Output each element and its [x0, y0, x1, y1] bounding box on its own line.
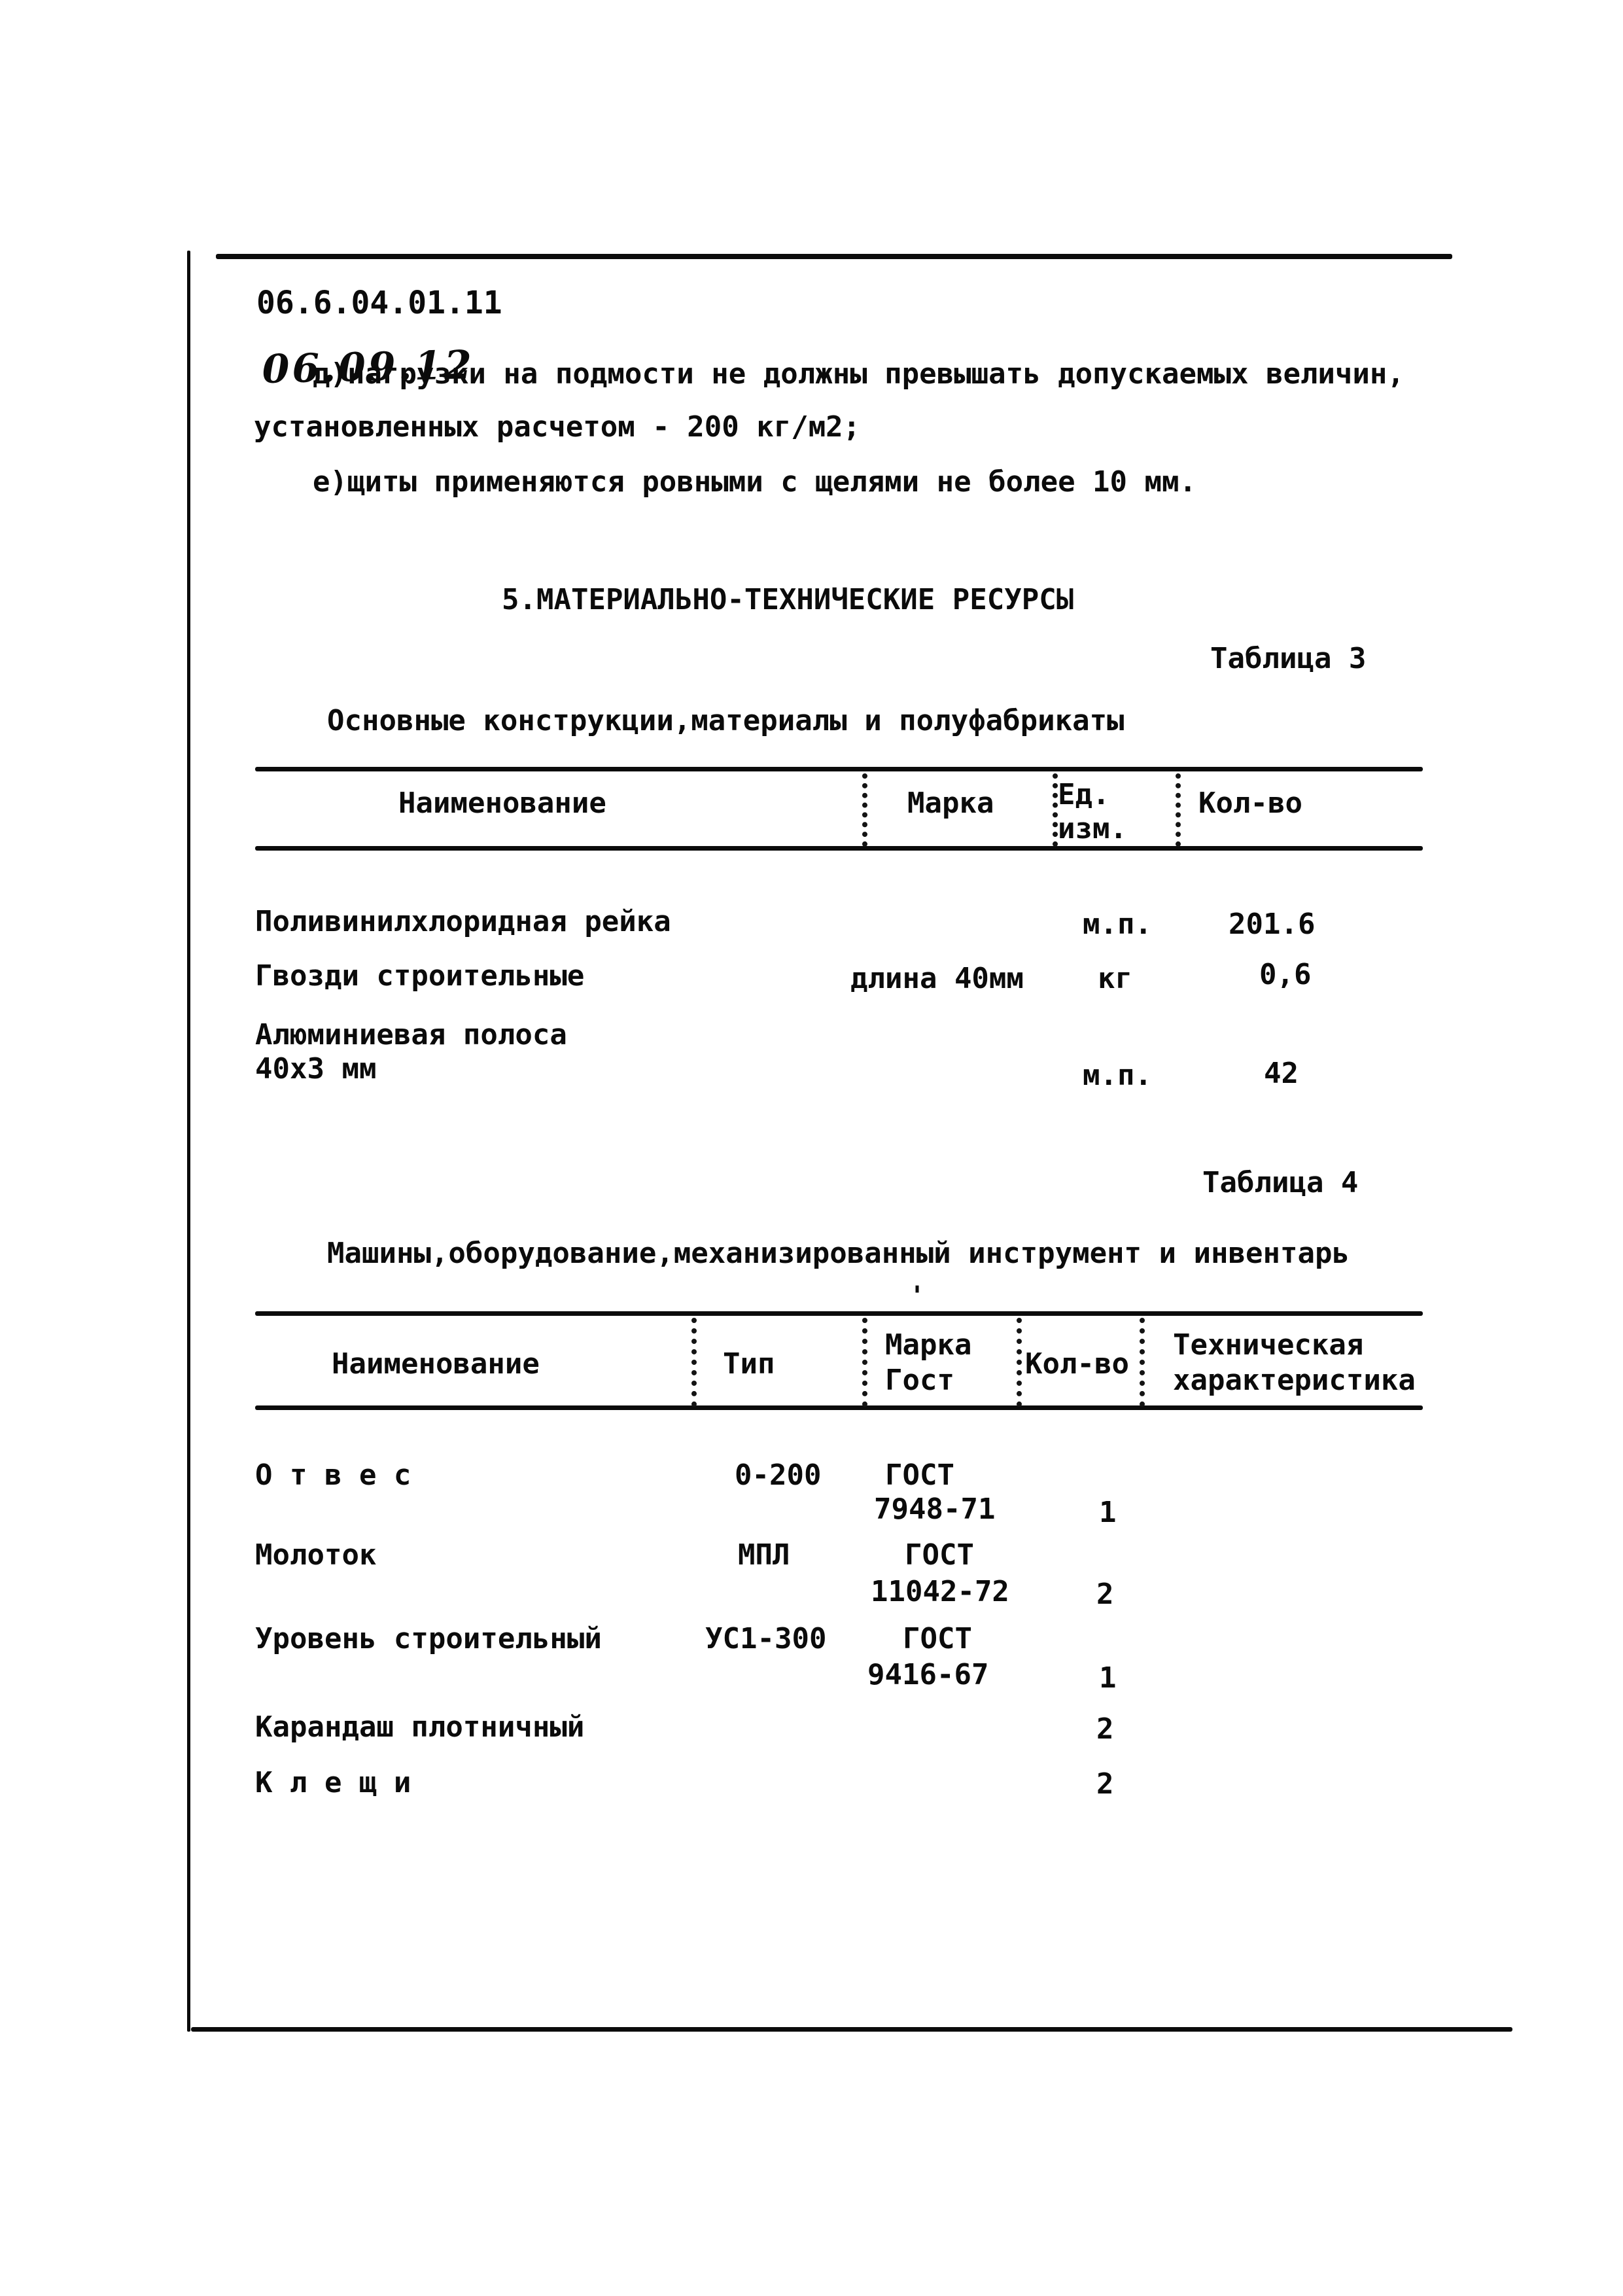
table4-col-separator-2 — [862, 1318, 867, 1407]
table4-caption: Машины,оборудование,механизированный инс… — [327, 1237, 1350, 1271]
table3-col-separator-2 — [1053, 773, 1058, 847]
table3-header-name: Наименование — [398, 786, 606, 821]
table-row-unit: кг — [1098, 962, 1132, 996]
table-row-qty: 2 — [1096, 1767, 1114, 1801]
table3-header-qty: Кол-во — [1198, 786, 1302, 821]
stray-ink-mark: ' — [909, 1281, 925, 1311]
table4-col-separator-3 — [1017, 1318, 1022, 1407]
paragraph-e: е)щиты применяются ровными с щелями не б… — [313, 465, 1196, 499]
table-row-qty: 1 — [1099, 1661, 1117, 1695]
table4-header-marka-line2: Гост — [885, 1364, 954, 1398]
table3-caption: Основные конструкции,материалы и полуфаб… — [327, 704, 1125, 738]
table-row-gost-line1: ГОСТ — [905, 1538, 974, 1572]
table-row-tip: 0-200 — [735, 1458, 821, 1492]
table-row-marka: длина 40мм — [850, 962, 1024, 996]
table3-top-rule — [255, 767, 1423, 771]
table4-header-spec-line2: характеристика — [1173, 1364, 1416, 1398]
scanned-document-page: 06.6.04.01.11 06.09.12 д)нагрузки на под… — [0, 0, 1623, 2296]
table-row-name: К л е щ и — [255, 1766, 411, 1800]
table-row-tip: УС1-300 — [705, 1622, 826, 1656]
table-row-qty: 2 — [1096, 1712, 1114, 1746]
table-row-gost-line1: ГОСТ — [885, 1458, 954, 1492]
table-row-name: О т в е с — [255, 1458, 411, 1492]
table4-header-spec-line1: Техническая — [1173, 1328, 1363, 1362]
table4-col-separator-4 — [1140, 1318, 1145, 1407]
table-row-name-line2: 40х3 мм — [255, 1052, 376, 1086]
table4-label: Таблица 4 — [1202, 1166, 1358, 1200]
table3-label: Таблица 3 — [1210, 642, 1366, 676]
table-row-qty: 201.6 — [1229, 908, 1315, 942]
section-title: 5.МАТЕРИАЛЬНО-ТЕХНИЧЕСКИЕ РЕСУРСЫ — [502, 583, 1073, 617]
doc-number: 06.6.04.01.11 — [256, 286, 502, 320]
table3-header-rule — [255, 846, 1423, 851]
table4-col-separator-1 — [691, 1318, 697, 1407]
table-row-tip: МПЛ — [738, 1538, 790, 1572]
table4-header-qty: Кол-во — [1025, 1347, 1129, 1381]
table-row-name: Поливинилхлоридная рейка — [255, 905, 671, 939]
table3-header-unit-line2: изм. — [1058, 812, 1127, 846]
paragraph-d-line2: установленных расчетом - 200 кг/м2; — [254, 410, 860, 444]
table3-header-unit-line1: Ед. — [1058, 778, 1109, 812]
table-row-name: Молоток — [255, 1538, 376, 1572]
table3-col-separator-1 — [862, 773, 867, 847]
table3-header-marka: Марка — [907, 786, 994, 821]
table-row-gost-line2: 11042-72 — [871, 1575, 1009, 1609]
left-page-border — [187, 251, 190, 2032]
table-row-name: Алюминиевая полоса — [255, 1018, 567, 1052]
table-row-unit: м.п. — [1083, 1059, 1152, 1093]
table-row-gost-line1: ГОСТ — [903, 1622, 972, 1656]
table4-header-name: Наименование — [332, 1347, 540, 1381]
table-row-qty: 1 — [1099, 1496, 1117, 1530]
table4-top-rule — [255, 1311, 1423, 1316]
bottom-page-rule — [191, 2027, 1512, 2032]
table4-header-rule — [255, 1405, 1423, 1410]
table3-col-separator-3 — [1176, 773, 1181, 847]
paragraph-d-line1: д)нагрузки на подмости не должны превыша… — [313, 357, 1405, 391]
table-row-qty: 42 — [1264, 1057, 1299, 1091]
table-row-gost-line2: 9416-67 — [867, 1658, 988, 1692]
table-row-qty: 0,6 — [1259, 958, 1311, 992]
table4-header-marka-line1: Марка — [885, 1328, 971, 1362]
table-row-qty: 2 — [1096, 1578, 1114, 1612]
table-row-name: Уровень строительный — [255, 1622, 602, 1656]
table4-header-tip: Тип — [723, 1347, 775, 1381]
table-row-unit: м.п. — [1083, 908, 1152, 942]
table-row-name: Гвозди строительные — [255, 959, 584, 993]
table-row-gost-line2: 7948-71 — [874, 1492, 995, 1527]
table-row-name: Карандаш плотничный — [255, 1710, 584, 1744]
top-page-rule — [216, 254, 1452, 259]
